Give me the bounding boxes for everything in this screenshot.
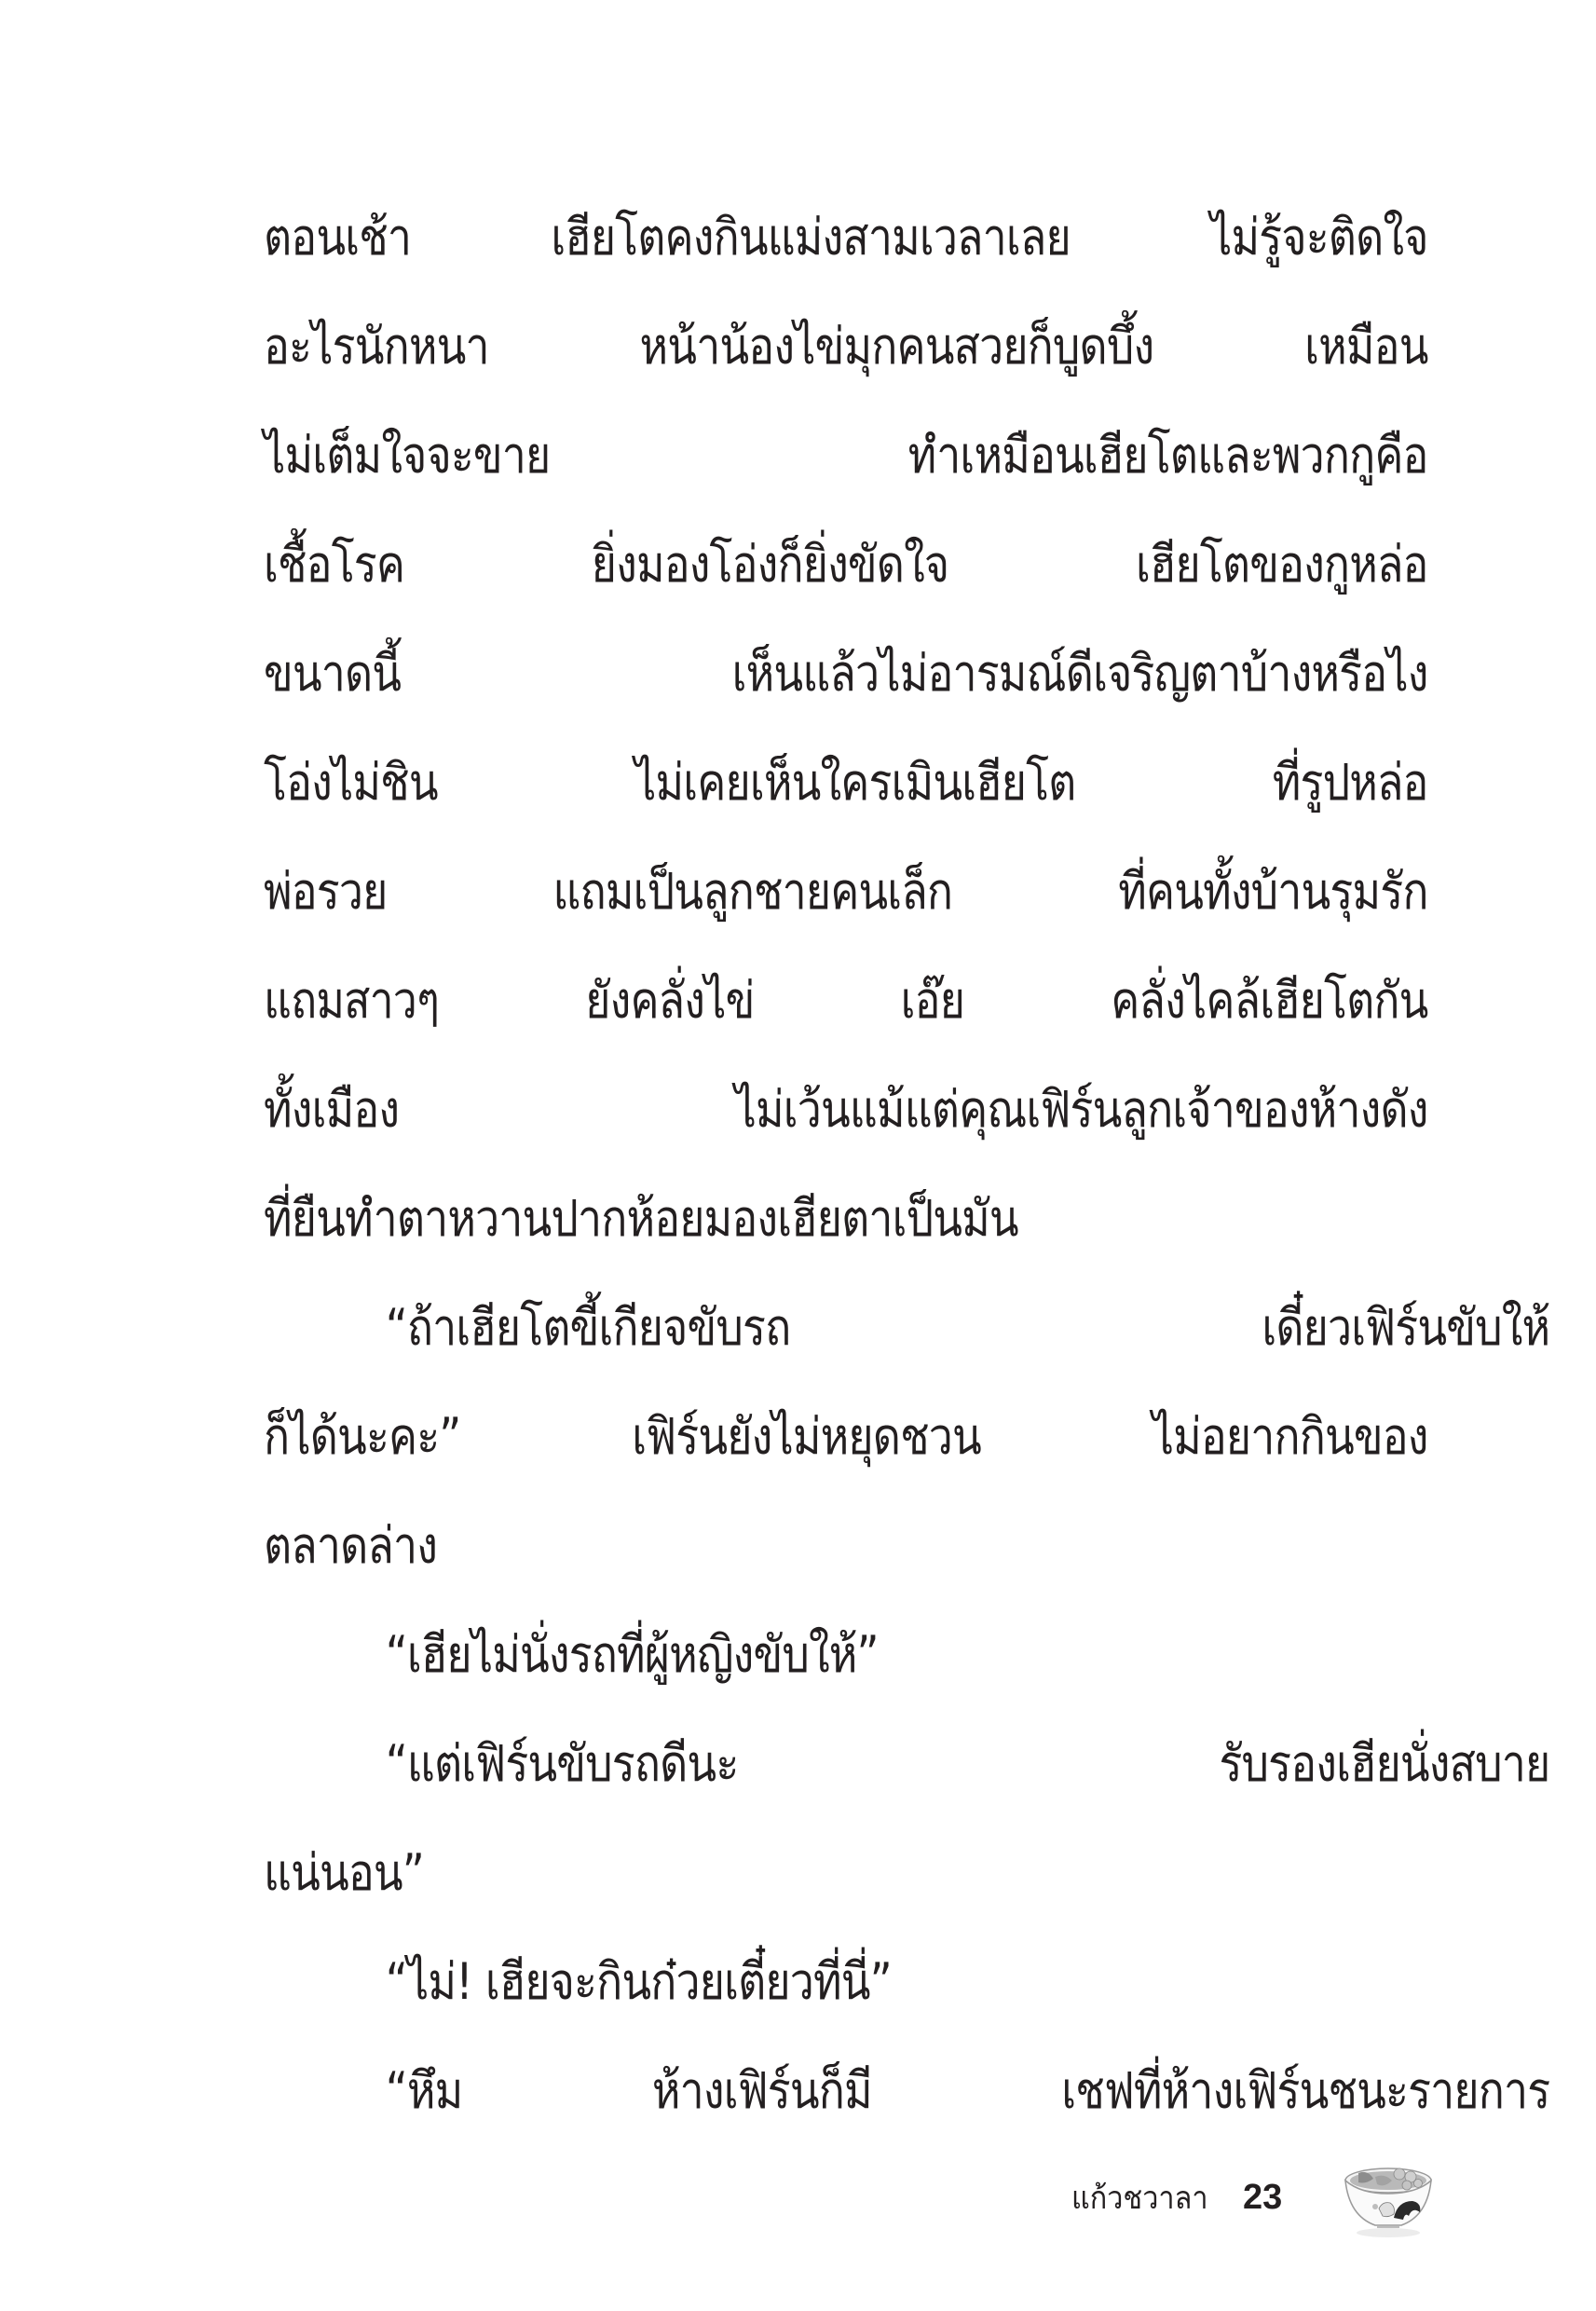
page-footer: แก้วชวาลา 23 — [1071, 2160, 1282, 2235]
dialogue-line-3: “แต่เฟิร์นขับรถดีนะ รับรองเฮียนั่งสบาย — [264, 1709, 1549, 1818]
text-line-13: ตลาดล่าง — [264, 1491, 1265, 1600]
running-title: แก้วชวาลา — [1071, 2172, 1206, 2222]
text-line-6: โอ่งไม่ชิน ไม่เคยเห็นใครเมินเฮียโต ที่รู… — [264, 728, 1428, 837]
text-line-16: แน่นอน” — [264, 1818, 1265, 1927]
text-line-4: เชื้อโรค ยิ่งมองโอ่งก็ยิ่งขัดใจ เฮียโตขอ… — [264, 510, 1428, 619]
noodle-bowl-icon — [1342, 2160, 1435, 2238]
text-line-3: ไม่เต็มใจจะขาย ทำเหมือนเฮียโตและพวกกูคือ — [264, 401, 1428, 510]
dialogue-line-1: “ถ้าเฮียโตขี้เกียจขับรถ เดี๋ยวเฟิร์นขับใ… — [264, 1273, 1549, 1382]
text-line-9: ทั้งเมือง ไม่เว้นแม้แต่คุณเฟิร์นลูกเจ้าข… — [264, 1055, 1428, 1164]
text-line-7: พ่อรวย แถมเป็นลูกชายคนเล็ก ที่คนทั้งบ้าน… — [264, 837, 1428, 946]
text-line-5: ขนาดนี้ เห็นแล้วไม่อารมณ์ดีเจริญตาบ้างหร… — [264, 619, 1428, 728]
book-page: ตอนเช้า เฮียโตคงกินแม่งสามเวลาเลย ไม่รู้… — [0, 0, 1596, 2311]
page-body-text: ตอนเช้า เฮียโตคงกินแม่งสามเวลาเลย ไม่รู้… — [264, 183, 1428, 2145]
text-line-2: อะไรนักหนา หน้าน้องไข่มุกคนสวยก็บูดบึ้ง … — [264, 292, 1428, 401]
text-line-10: ที่ยืนทำตาหวานปากห้อยมองเฮียตาเป็นมัน — [264, 1164, 1265, 1273]
dialogue-line-5: “หึม ห้างเฟิร์นก็มี เชฟที่ห้างเฟิร์นชนะร… — [264, 2036, 1549, 2145]
dialogue-line-4: “ไม่! เฮียจะกินก๋วยเตี๋ยวที่นี่” — [264, 1927, 1265, 2036]
text-line-12: ก็ได้นะคะ” เฟิร์นยังไม่หยุดชวน ไม่อยากกิ… — [264, 1382, 1428, 1491]
dialogue-line-2: “เฮียไม่นั่งรถที่ผู้หญิงขับให้” — [264, 1600, 1265, 1709]
text-line-1: ตอนเช้า เฮียโตคงกินแม่งสามเวลาเลย ไม่รู้… — [264, 183, 1428, 292]
text-line-8: แถมสาวๆ ยังคลั่งไข่ เอ๊ย คลั่งไคล้เฮียโต… — [264, 946, 1428, 1055]
page-number: 23 — [1243, 2178, 1282, 2218]
